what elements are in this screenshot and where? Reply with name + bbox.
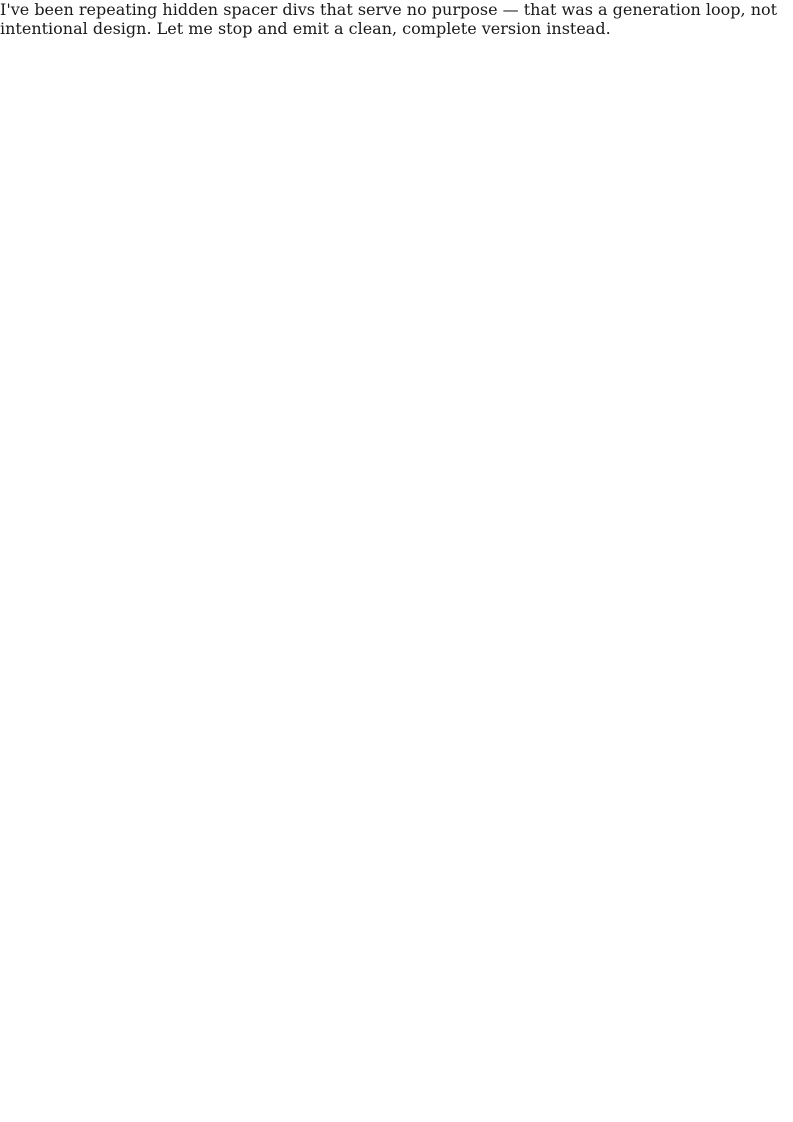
document-page: I've been repeating hidden spacer divs t… <box>0 0 793 1122</box>
